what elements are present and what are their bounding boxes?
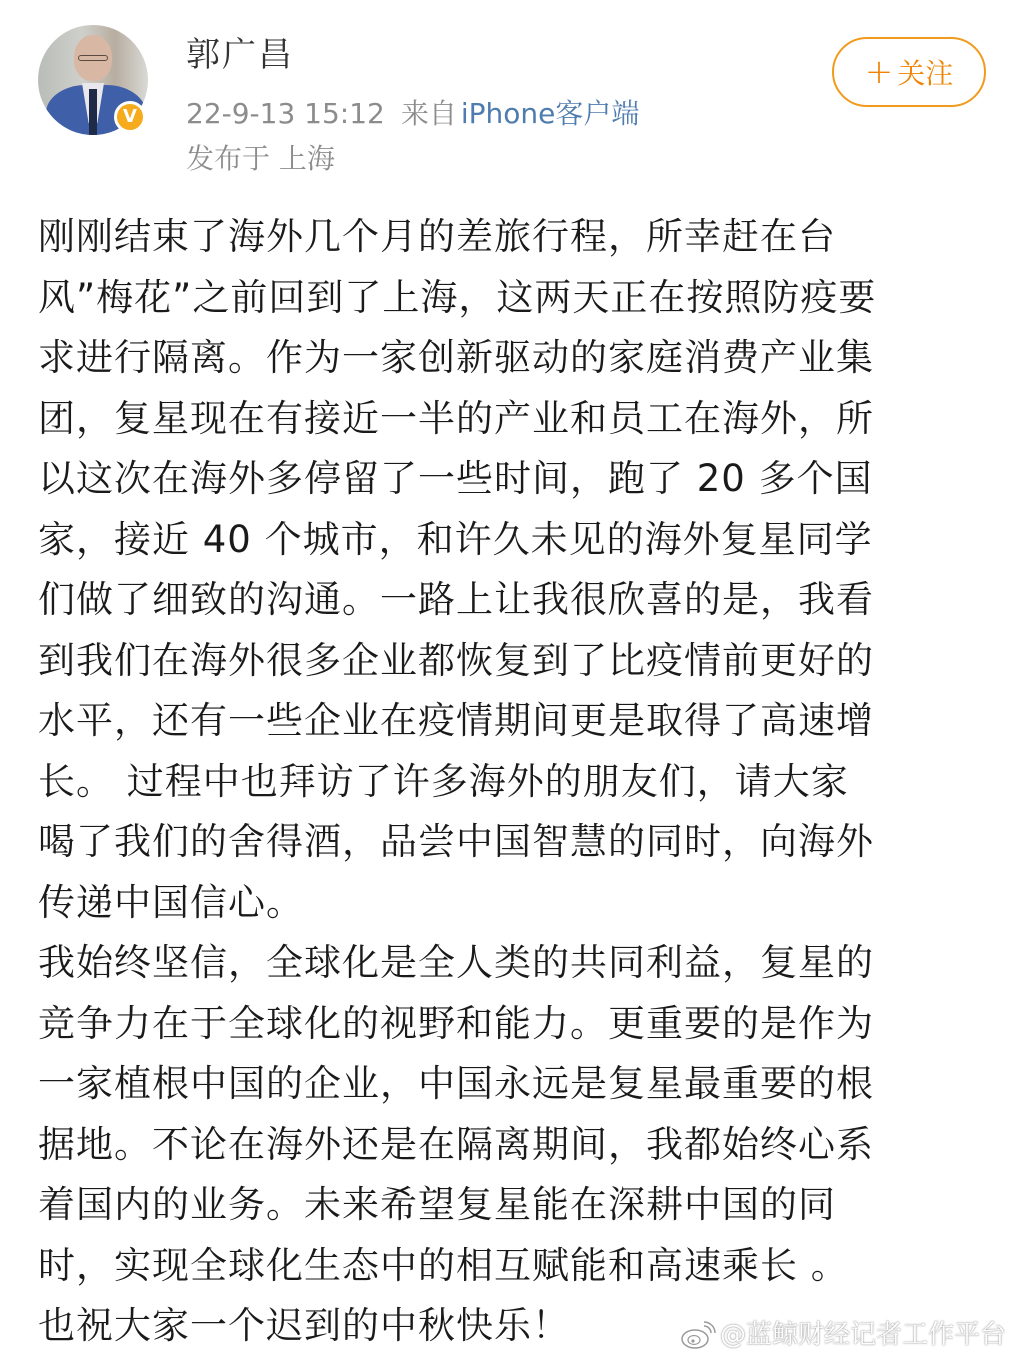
follow-button-label: 关注 xyxy=(897,52,953,92)
post-text-line: 长。 过程中也拜访了许多海外的朋友们，请大家 xyxy=(38,752,988,813)
post-text-line: 一家植根中国的企业，中国永远是复星最重要的根 xyxy=(38,1054,988,1115)
weibo-logo-icon xyxy=(680,1320,716,1350)
post-content: 刚刚结束了海外几个月的差旅行程，所幸赶在台风”梅花”之前回到了上海，这两天正在按… xyxy=(38,207,988,1357)
post-text-line: 到我们在海外很多企业都恢复到了比疫情前更好的 xyxy=(38,631,988,692)
post-text-line: 刚刚结束了海外几个月的差旅行程，所幸赶在台 xyxy=(38,207,988,268)
post-text-line: 团，复星现在有接近一半的产业和员工在海外，所 xyxy=(38,389,988,450)
post-paragraph: 刚刚结束了海外几个月的差旅行程，所幸赶在台风”梅花”之前回到了上海，这两天正在按… xyxy=(38,207,988,933)
author-name[interactable]: 郭广昌 xyxy=(186,38,294,72)
post-meta: 22-9-13 15:12来自iPhone客户端 xyxy=(186,100,639,128)
post-text-line: 水平，还有一些企业在疫情期间更是取得了高速增 xyxy=(38,691,988,752)
watermark: @蓝鲸财经记者工作平台 xyxy=(680,1320,1006,1350)
source-link[interactable]: iPhone客户端 xyxy=(461,97,640,130)
post-text-line: 我始终坚信，全球化是全人类的共同利益，复星的 xyxy=(38,933,988,994)
watermark-text: @蓝鲸财经记者工作平台 xyxy=(720,1322,1006,1348)
post-text-line: 时，实现全球化生态中的相互赋能和高速乘长 。 xyxy=(38,1236,988,1297)
post-text-line: 喝了我们的舍得酒，品尝中国智慧的同时，向海外 xyxy=(38,812,988,873)
source-prefix: 来自 xyxy=(401,97,457,130)
post-text-line: 据地。不论在海外还是在隔离期间，我都始终心系 xyxy=(38,1115,988,1176)
post-text-line: 竞争力在于全球化的视野和能力。更重要的是作为 xyxy=(38,994,988,1055)
post-text-line: 风”梅花”之前回到了上海，这两天正在按照防疫要 xyxy=(38,268,988,329)
plus-icon: + xyxy=(865,55,894,89)
author-avatar[interactable]: V xyxy=(38,25,148,135)
post-timestamp: 22-9-13 15:12 xyxy=(186,97,385,130)
verified-badge-icon: V xyxy=(114,101,146,133)
post-header: V 郭广昌 22-9-13 15:12来自iPhone客户端 发布于 上海 + … xyxy=(0,0,1024,195)
post-text-line: 求进行隔离。作为一家创新驱动的家庭消费产业集 xyxy=(38,328,988,389)
post-paragraph: 我始终坚信，全球化是全人类的共同利益，复星的竞争力在于全球化的视野和能力。更重要… xyxy=(38,933,988,1357)
post-text-line: 们做了细致的沟通。一路上让我很欣喜的是，我看 xyxy=(38,570,988,631)
post-text-line: 家，接近 40 个城市，和许久未见的海外复星同学 xyxy=(38,510,988,571)
follow-button[interactable]: + 关注 xyxy=(832,37,986,107)
post-text-line: 传递中国信心。 xyxy=(38,873,988,934)
post-location: 发布于 上海 xyxy=(186,145,335,173)
post-text-line: 以这次在海外多停留了一些时间，跑了 20 多个国 xyxy=(38,449,988,510)
post-text-line: 着国内的业务。未来希望复星能在深耕中国的同 xyxy=(38,1175,988,1236)
